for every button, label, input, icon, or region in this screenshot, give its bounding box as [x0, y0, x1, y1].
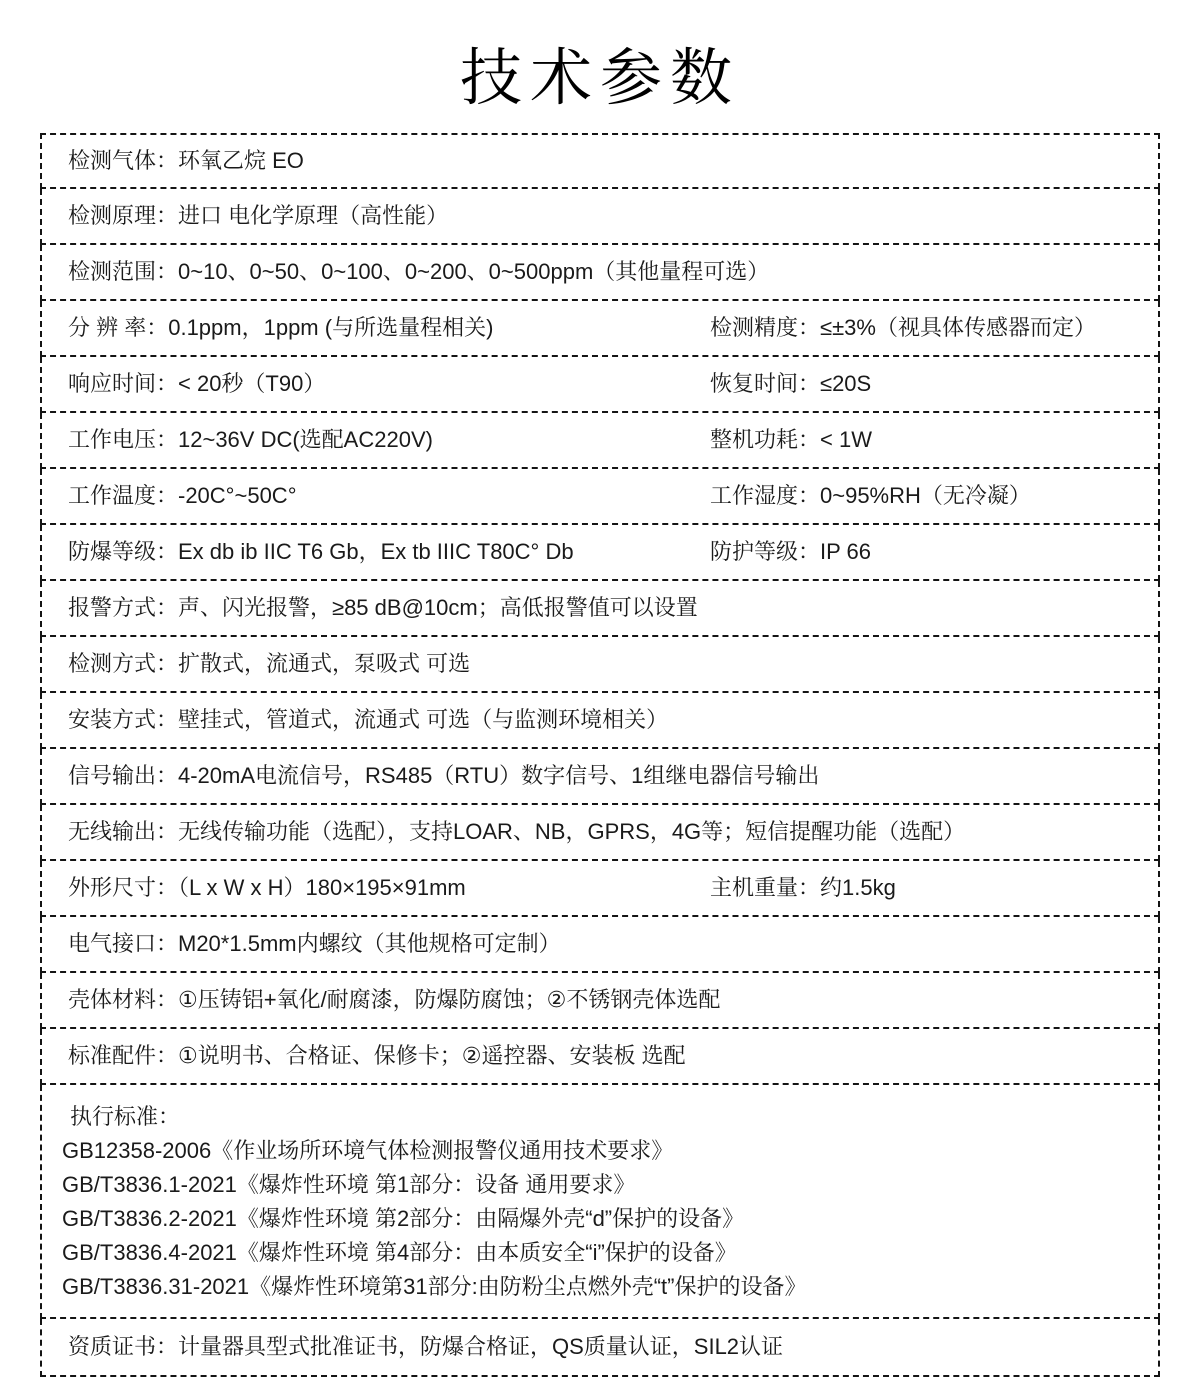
spec-row-detection-range: 检测范围：0~10、0~50、0~100、0~200、0~500ppm（其他量程…: [40, 245, 1160, 301]
spec-table: 检测气体：环氧乙烷 EO 检测原理：进口 电化学原理（高性能） 检测范围：0~1…: [40, 133, 1160, 1377]
signal-output-text: 信号输出：4-20mA电流信号，RS485（RTU）数字信号、1组继电器信号输出: [68, 762, 819, 790]
electrical-interface-text: 电气接口：M20*1.5mm内螺纹（其他规格可定制）: [68, 930, 561, 958]
executive-standards-heading: 执行标准：: [62, 1100, 1132, 1134]
certificates-text: 资质证书：计量器具型式批准证书，防爆合格证，QS质量认证，SIL2认证: [68, 1333, 783, 1361]
spec-row-alarm-mode: 报警方式：声、闪光报警，≥85 dB@10cm；高低报警值可以设置: [40, 581, 1160, 637]
standard-line-gb12358: GB12358-2006《作业场所环境气体检测报警仪通用技术要求》: [62, 1134, 1132, 1168]
weight-text: 主机重量：约1.5kg: [710, 874, 1148, 902]
explosion-proof-grade-text: 防爆等级：Ex db ib IIC T6 Gb，Ex tb IIIC T80C°…: [68, 538, 710, 566]
detection-principle-text: 检测原理：进口 电化学原理（高性能）: [68, 202, 448, 230]
working-voltage-text: 工作电压：12~36V DC(选配AC220V): [68, 426, 710, 454]
spec-row-explosion-protection-grade: 防爆等级：Ex db ib IIC T6 Gb，Ex tb IIIC T80C°…: [40, 525, 1160, 581]
page-title: 技术参数: [0, 0, 1200, 133]
alarm-mode-text: 报警方式：声、闪光报警，≥85 dB@10cm；高低报警值可以设置: [68, 594, 698, 622]
working-temperature-text: 工作温度：-20C°~50C°: [68, 482, 710, 510]
target-gas-text: 检测气体：环氧乙烷 EO: [68, 147, 304, 175]
resolution-text: 分 辨 率：0.1ppm，1ppm (与所选量程相关): [68, 314, 710, 342]
wireless-output-text: 无线输出：无线传输功能（选配），支持LOAR、NB，GPRS，4G等；短信提醒功…: [68, 818, 965, 846]
response-time-text: 响应时间：< 20秒（T90）: [68, 370, 710, 398]
standard-accessories-text: 标准配件：①说明书、合格证、保修卡；②遥控器、安装板 选配: [68, 1042, 686, 1070]
spec-row-dimensions-weight: 外形尺寸：（L x W x H）180×195×91mm 主机重量：约1.5kg: [40, 861, 1160, 917]
working-humidity-text: 工作湿度：0~95%RH（无冷凝）: [710, 482, 1148, 510]
spec-row-certificates: 资质证书：计量器具型式批准证书，防爆合格证，QS质量认证，SIL2认证: [40, 1319, 1160, 1377]
spec-row-executive-standards: 执行标准： GB12358-2006《作业场所环境气体检测报警仪通用技术要求》 …: [40, 1085, 1160, 1319]
spec-row-voltage-power: 工作电压：12~36V DC(选配AC220V) 整机功耗：< 1W: [40, 413, 1160, 469]
housing-material-text: 壳体材料：①压铸铝+氧化/耐腐漆，防爆防腐蚀；②不锈钢壳体选配: [68, 986, 720, 1014]
spec-row-wireless-output: 无线输出：无线传输功能（选配），支持LOAR、NB，GPRS，4G等；短信提醒功…: [40, 805, 1160, 861]
spec-row-electrical-interface: 电气接口：M20*1.5mm内螺纹（其他规格可定制）: [40, 917, 1160, 973]
spec-row-response-recovery-time: 响应时间：< 20秒（T90） 恢复时间：≤20S: [40, 357, 1160, 413]
power-consumption-text: 整机功耗：< 1W: [710, 426, 1148, 454]
spec-row-detection-mode: 检测方式：扩散式，流通式，泵吸式 可选: [40, 637, 1160, 693]
standard-line-gbt3836-31: GB/T3836.31-2021《爆炸性环境第31部分:由防粉尘点燃外壳“t”保…: [62, 1270, 1132, 1304]
standard-line-gbt3836-2: GB/T3836.2-2021《爆炸性环境 第2部分：由隔爆外壳“d”保护的设备…: [62, 1202, 1132, 1236]
installation-mode-text: 安装方式：壁挂式，管道式，流通式 可选（与监测环境相关）: [68, 706, 668, 734]
standard-line-gbt3836-1: GB/T3836.1-2021《爆炸性环境 第1部分：设备 通用要求》: [62, 1168, 1132, 1202]
detection-range-text: 检测范围：0~10、0~50、0~100、0~200、0~500ppm（其他量程…: [68, 258, 769, 286]
detection-mode-text: 检测方式：扩散式，流通式，泵吸式 可选: [68, 650, 470, 678]
spec-row-signal-output: 信号输出：4-20mA电流信号，RS485（RTU）数字信号、1组继电器信号输出: [40, 749, 1160, 805]
spec-row-temperature-humidity: 工作温度：-20C°~50C° 工作湿度：0~95%RH（无冷凝）: [40, 469, 1160, 525]
accuracy-text: 检测精度：≤±3%（视具体传感器而定）: [710, 314, 1148, 342]
spec-row-housing-material: 壳体材料：①压铸铝+氧化/耐腐漆，防爆防腐蚀；②不锈钢壳体选配: [40, 973, 1160, 1029]
recovery-time-text: 恢复时间：≤20S: [710, 370, 1148, 398]
standard-line-gbt3836-4: GB/T3836.4-2021《爆炸性环境 第4部分：由本质安全“i”保护的设备…: [62, 1236, 1132, 1270]
spec-row-installation-mode: 安装方式：壁挂式，管道式，流通式 可选（与监测环境相关）: [40, 693, 1160, 749]
spec-row-detection-principle: 检测原理：进口 电化学原理（高性能）: [40, 189, 1160, 245]
spec-row-standard-accessories: 标准配件：①说明书、合格证、保修卡；②遥控器、安装板 选配: [40, 1029, 1160, 1085]
protection-grade-text: 防护等级：IP 66: [710, 538, 1148, 566]
spec-row-target-gas: 检测气体：环氧乙烷 EO: [40, 133, 1160, 189]
spec-row-resolution-accuracy: 分 辨 率：0.1ppm，1ppm (与所选量程相关) 检测精度：≤±3%（视具…: [40, 301, 1160, 357]
dimensions-text: 外形尺寸：（L x W x H）180×195×91mm: [68, 874, 710, 902]
